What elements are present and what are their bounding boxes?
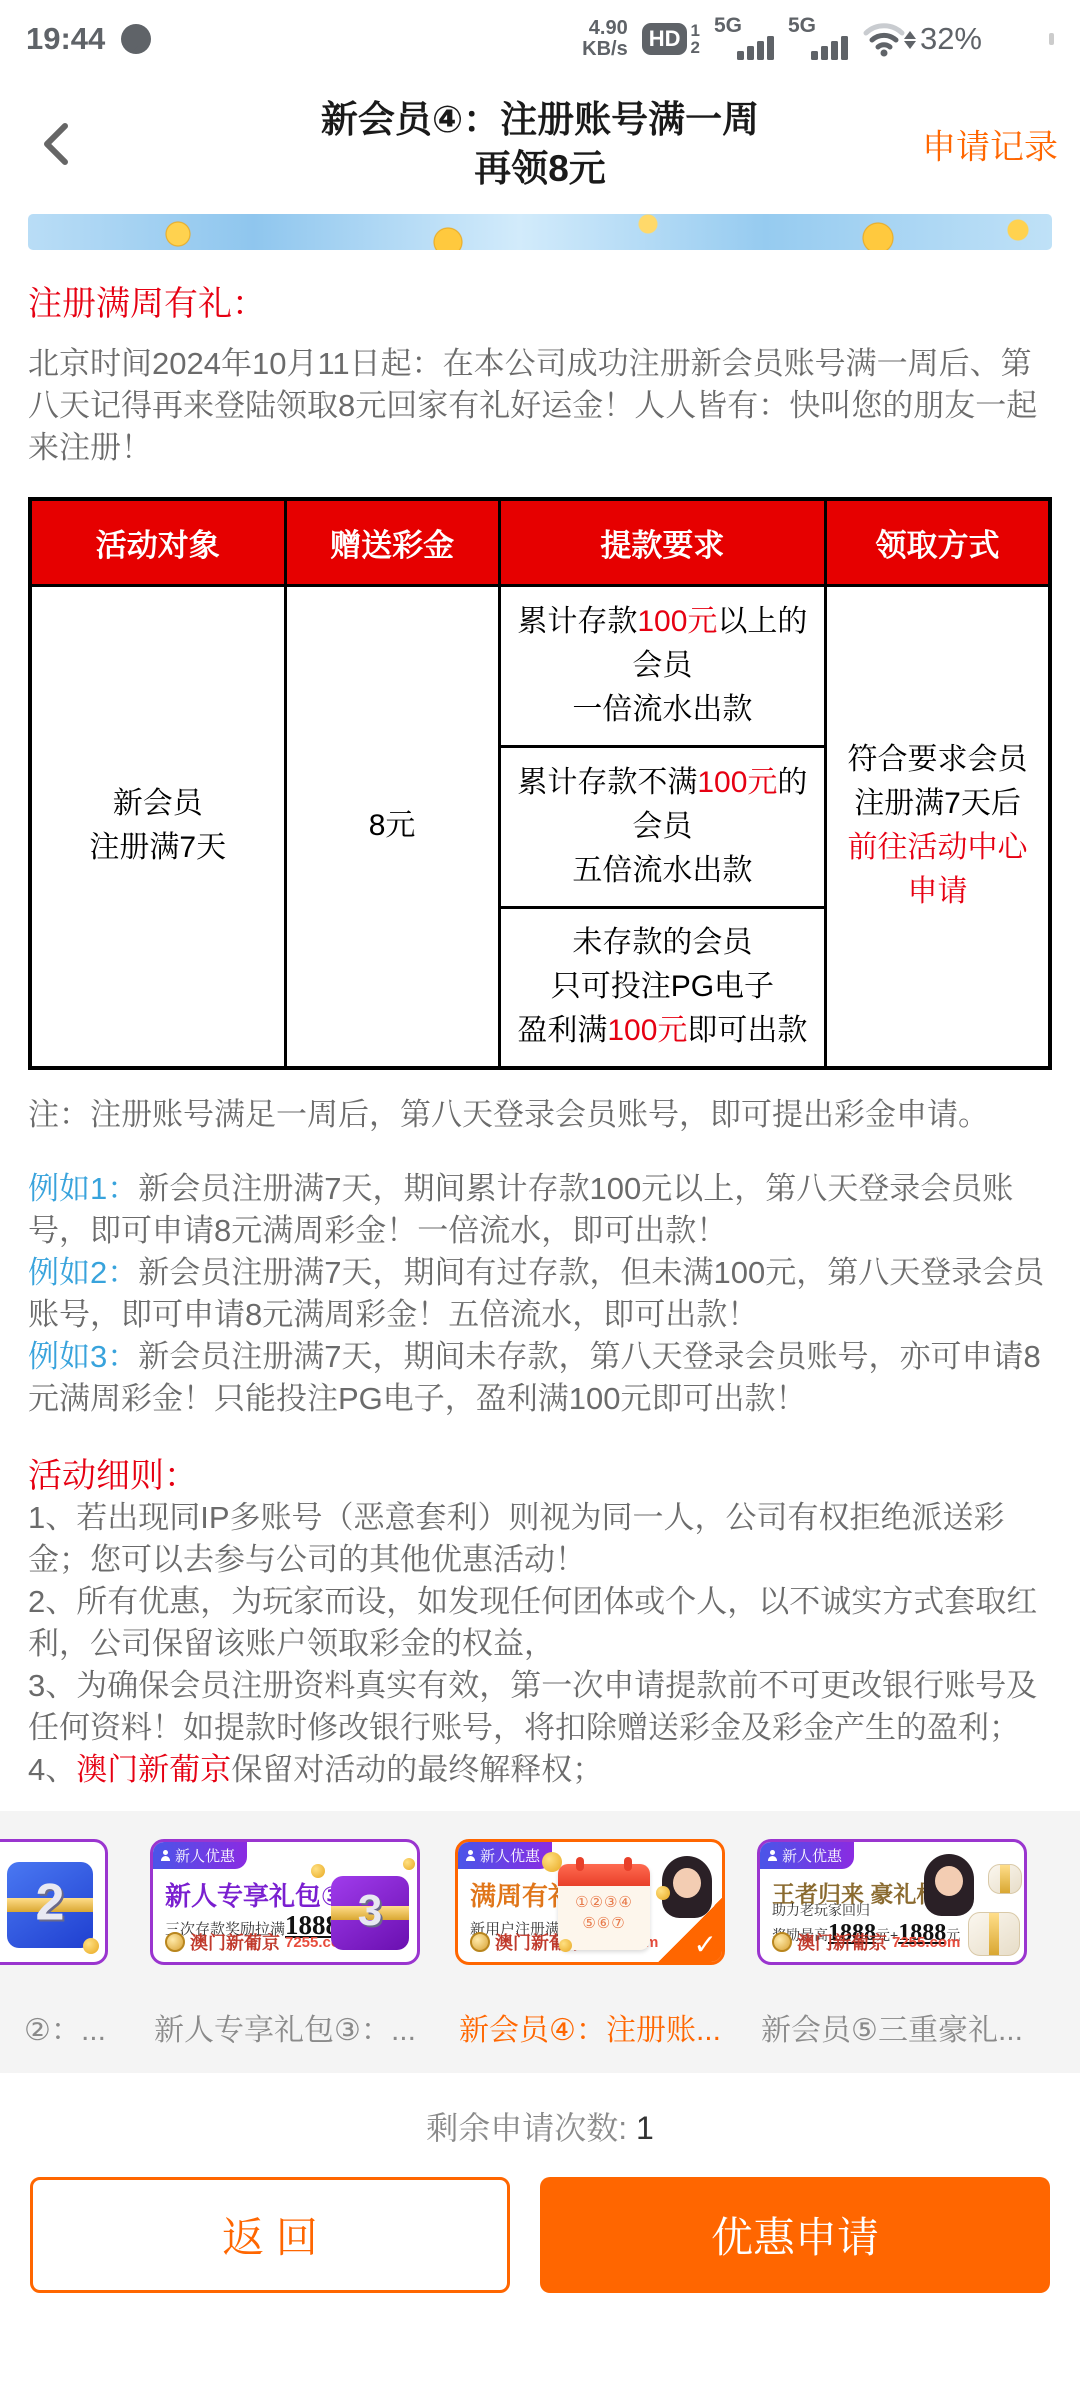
col-header-claim: 领取方式 xyxy=(826,499,1050,585)
status-bar: 19:44 4.90 KB/s HD 1 2 5G 5G xyxy=(0,0,1080,78)
carousel-tab-4-selected[interactable]: 新会员④：注册账... xyxy=(455,2005,725,2049)
battery-percent: 32% xyxy=(920,21,982,57)
signal-sim1-icon: 5G xyxy=(714,16,774,62)
promo-card-5[interactable]: 新人优惠 王者归来 豪礼相迎 助力老玩家回归 奖励最高1888元+1888元 澳… xyxy=(757,1839,1027,1965)
promo-card-4-selected[interactable]: 新人优惠 满周有礼 新用户注册满周 必得8元 澳门新葡京 7255.com ①②… xyxy=(455,1839,725,1965)
col-header-bonus: 赠送彩金 xyxy=(285,499,499,585)
wifi-icon xyxy=(862,21,906,57)
cell-requirement-1: 累计存款100元以上的会员 一倍流水出款 xyxy=(499,585,825,746)
col-header-requirement: 提款要求 xyxy=(499,499,825,585)
rule-item-3: 3、为确保会员注册资料真实有效，第一次申请提款前不可更改银行账号及任何资料！如提… xyxy=(28,1665,1052,1749)
chevron-left-icon xyxy=(43,122,69,166)
chat-bubble-icon xyxy=(121,24,151,54)
sim-indicators: 1 2 xyxy=(690,22,699,56)
brand-logo: 澳门新葡京 7255.com xyxy=(165,1929,353,1955)
cell-bonus: 8元 xyxy=(285,585,499,1068)
remaining-count: 剩余申请次数: 1 xyxy=(0,2103,1080,2149)
carousel-tab-3[interactable]: 新人专享礼包③：... xyxy=(150,2005,420,2049)
network-speed: 4.90 KB/s xyxy=(582,18,628,60)
person-icon xyxy=(465,1850,476,1861)
apply-promo-button[interactable]: 优惠申请 xyxy=(540,2177,1050,2293)
gift-box-icon: 3 xyxy=(331,1876,409,1950)
card-title: 新人专享礼包③ xyxy=(165,1876,343,1913)
signal-sim2-icon: 5G xyxy=(788,16,848,62)
example-2: 例如2：新会员注册满7天，期间有过存款，但未满100元，第八天登录会员账号，即可… xyxy=(28,1252,1052,1336)
table-header-row: 活动对象 赠送彩金 提款要求 领取方式 xyxy=(30,499,1050,585)
gift-box-icon xyxy=(988,1864,1022,1894)
check-icon: ✓ xyxy=(694,1928,717,1961)
calendar-icon: ①②③④⑤⑥⑦ xyxy=(558,1864,650,1950)
promo-card-3[interactable]: 新人优惠 新人专享礼包③ 三次存款奖励拉满1888元 澳门新葡京 7255.co… xyxy=(150,1839,420,1965)
promo-carousel: 2 新人优惠 新人专享礼包③ 三次存款奖励拉满1888元 澳门新葡京 7255.… xyxy=(0,1811,1080,2073)
new-user-badge: 新人优惠 xyxy=(458,1842,552,1869)
footer-buttons: 返 回 优惠申请 xyxy=(0,2177,1080,2293)
cell-claim: 符合要求会员 注册满7天后 前往活动中心 申请 xyxy=(826,585,1050,1068)
col-header-target: 活动对象 xyxy=(30,499,285,585)
promo-banner-strip xyxy=(28,214,1052,250)
intro-heading: 注册满周有礼： xyxy=(28,276,1052,325)
hd-voice-icon: HD xyxy=(642,23,688,55)
example-1: 例如1：新会员注册满7天，期间累计存款100元以上，第八天登录会员账号，即可申请… xyxy=(28,1168,1052,1252)
back-button[interactable] xyxy=(34,114,78,174)
rule-item-2: 2、所有优惠，为玩家而设，如发现任何团体或个人，以不诚实方式套取红利，公司保留该… xyxy=(28,1581,1052,1665)
person-icon xyxy=(160,1850,171,1861)
examples-block: 例如1：新会员注册满7天，期间累计存款100元以上，第八天登录会员账号，即可申请… xyxy=(28,1168,1052,1420)
example-3: 例如3：新会员注册满7天，期间未存款，第八天登录会员账号，亦可申请8元满周彩金！… xyxy=(28,1336,1052,1420)
apply-records-link[interactable]: 申请记录 xyxy=(922,120,1058,169)
table-row: 新会员 注册满7天 8元 累计存款100元以上的会员 一倍流水出款 符合要求会员… xyxy=(30,585,1050,746)
rules-heading: 活动细则： xyxy=(28,1448,1052,1497)
person-icon xyxy=(767,1850,778,1861)
intro-body: 北京时间2024年10月11日起：在本公司成功注册新会员账号满一周后、第八天记得… xyxy=(28,343,1052,469)
gift-box-icon: 2 xyxy=(7,1862,93,1948)
battery-icon xyxy=(996,25,1054,53)
carousel-tab-5[interactable]: 新会员⑤三重豪礼... xyxy=(757,2005,1027,2049)
rules-block: 活动细则： 1、若出现同IP多账号（恶意套利）则视为同一人，公司有权拒绝派送彩金… xyxy=(28,1448,1052,1791)
page-title: 新会员④：注册账号满一周 再领8元 xyxy=(321,95,759,193)
return-button[interactable]: 返 回 xyxy=(30,2177,510,2293)
brand-emblem-icon xyxy=(165,1932,185,1952)
cell-target: 新会员 注册满7天 xyxy=(30,585,285,1068)
header: 新会员④：注册账号满一周 再领8元 申请记录 xyxy=(0,78,1080,210)
brand-emblem-icon xyxy=(772,1932,792,1952)
promo-card-2[interactable]: 2 xyxy=(0,1839,108,1965)
gift-box-icon xyxy=(968,1912,1020,1956)
card-subtitle-1: 助力老玩家回归 xyxy=(772,1900,870,1920)
table-note: 注：注册账号满足一周后，第八天登录会员账号，即可提出彩金申请。 xyxy=(28,1094,1052,1136)
promo-table: 活动对象 赠送彩金 提款要求 领取方式 新会员 注册满7天 8元 累计存款100… xyxy=(28,497,1052,1070)
new-user-badge: 新人优惠 xyxy=(153,1842,247,1869)
brand-emblem-icon xyxy=(470,1932,490,1952)
cell-requirement-3: 未存款的会员 只可投注PG电子 盈利满100元即可出款 xyxy=(499,907,825,1068)
rule-item-1: 1、若出现同IP多账号（恶意套利）则视为同一人，公司有权拒绝派送彩金；您可以去参… xyxy=(28,1497,1052,1581)
clock-time: 19:44 xyxy=(26,21,105,57)
rule-item-4: 4、澳门新葡京保留对活动的最终解释权； xyxy=(28,1749,1052,1791)
new-user-badge: 新人优惠 xyxy=(760,1842,854,1869)
cell-requirement-2: 累计存款不满100元的会员 五倍流水出款 xyxy=(499,746,825,907)
